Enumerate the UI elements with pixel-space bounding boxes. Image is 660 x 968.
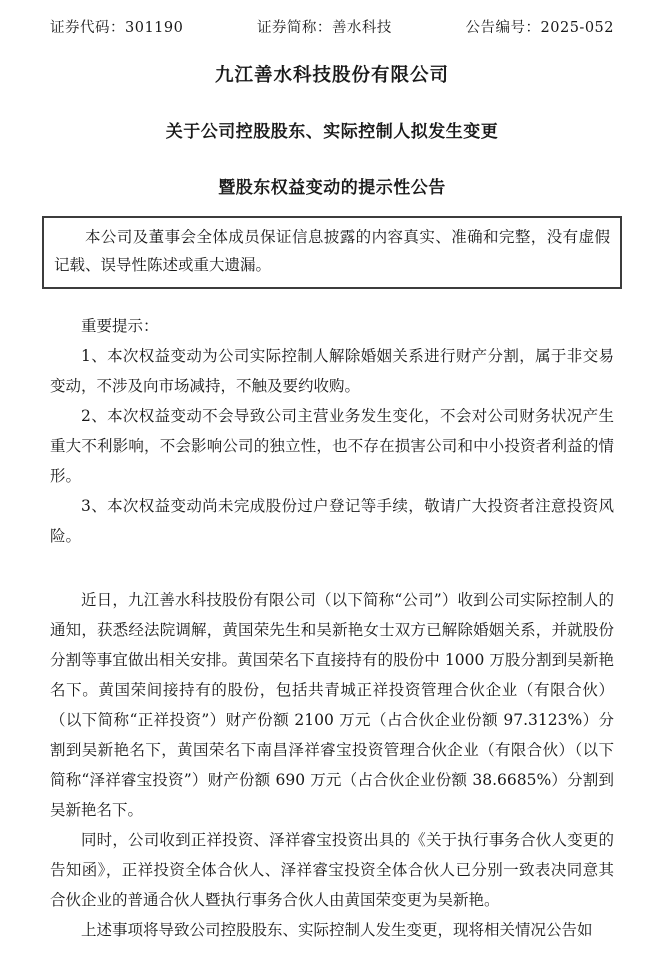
document-body: 重要提示： 1、本次权益变动为公司实际控制人解除婚姻关系进行财产分割，属于非交易… — [50, 311, 614, 945]
body-paragraph-2: 同时，公司收到正祥投资、泽祥睿宝投资出具的《关于执行事务合伙人变更的告知函》，正… — [50, 825, 614, 915]
stock-name-value: 善水科技 — [332, 20, 392, 36]
announcement-number-label: 公告编号： — [466, 20, 541, 36]
body-paragraph-1: 近日，九江善水科技股份有限公司（以下简称“公司”）收到公司实际控制人的通知，获悉… — [50, 585, 614, 825]
disclaimer-box: 本公司及董事会全体成员保证信息披露的内容真实、准确和完整，没有虚假记载、误导性陈… — [42, 216, 622, 289]
stock-name: 证券简称：善水科技 — [257, 18, 392, 38]
stock-name-label: 证券简称： — [257, 20, 332, 36]
notice-item-1: 1、本次权益变动为公司实际控制人解除婚姻关系进行财产分割，属于非交易变动，不涉及… — [50, 341, 614, 401]
company-title: 九江善水科技股份有限公司 — [50, 64, 614, 88]
notice-item-2: 2、本次权益变动不会导致公司主营业务发生变化，不会对公司财务状况产生重大不利影响… — [50, 401, 614, 491]
announcement-header: 证券代码：301190 证券简称：善水科技 公告编号：2025-052 — [50, 18, 614, 38]
stock-code-label: 证券代码： — [50, 20, 125, 36]
notice-item-3: 3、本次权益变动尚未完成股份过户登记等手续，敬请广大投资者注意投资风险。 — [50, 491, 614, 551]
announcement-number-value: 2025-052 — [541, 20, 614, 36]
announcement-subtitle-line2: 暨股东权益变动的提示性公告 — [50, 177, 614, 200]
stock-code: 证券代码：301190 — [50, 18, 183, 38]
important-notice-heading: 重要提示： — [50, 311, 614, 341]
stock-code-value: 301190 — [125, 20, 183, 36]
announcement-number: 公告编号：2025-052 — [466, 18, 614, 38]
announcement-subtitle-line1: 关于公司控股股东、实际控制人拟发生变更 — [50, 121, 614, 144]
disclaimer-text: 本公司及董事会全体成员保证信息披露的内容真实、准确和完整，没有虚假记载、误导性陈… — [54, 223, 610, 279]
body-paragraph-3: 上述事项将导致公司控股股东、实际控制人发生变更，现将相关情况公告如 — [50, 915, 614, 945]
